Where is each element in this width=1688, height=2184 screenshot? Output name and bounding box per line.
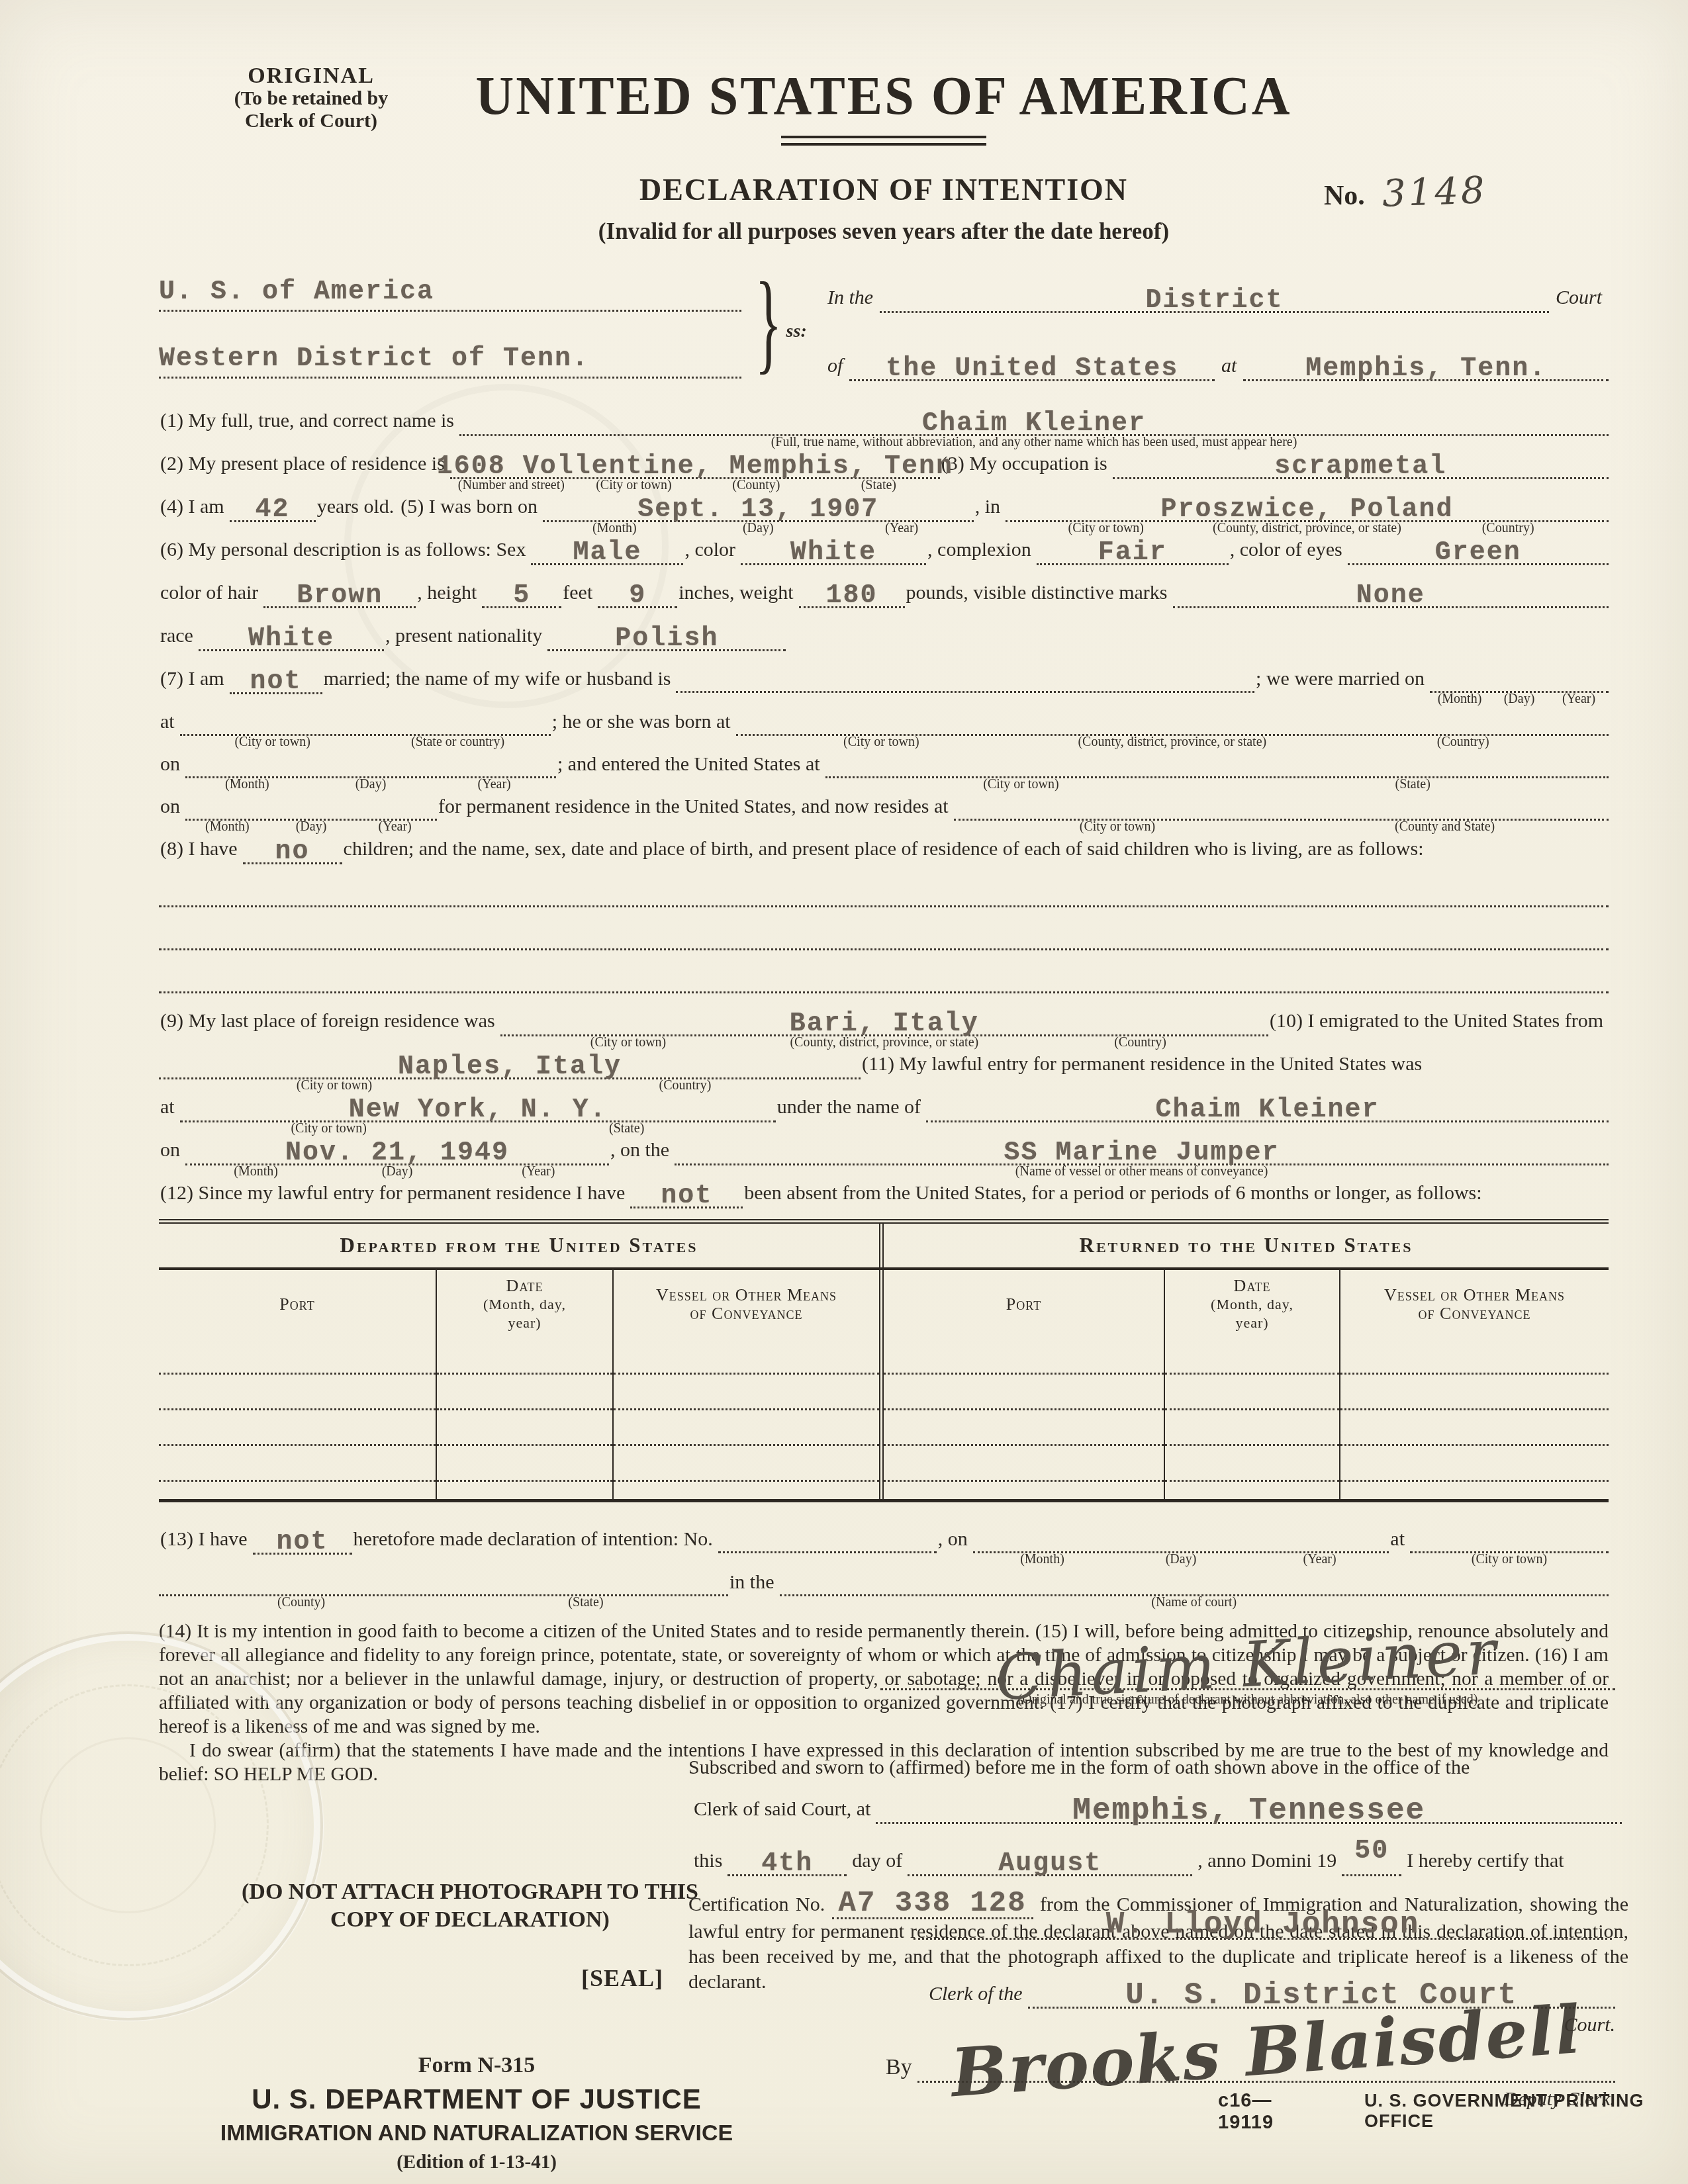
occupation-value: scrapmetal — [1274, 454, 1446, 480]
occupation-blank: scrapmetal — [1113, 447, 1609, 479]
court-word-label: Court — [1549, 287, 1609, 309]
form-line-children: (8) I have no children; and the name, se… — [159, 832, 1609, 864]
spouse-name-blank — [676, 662, 1254, 693]
q7-label: (7) I am — [159, 664, 230, 694]
sex-blank: Male — [531, 533, 683, 565]
sworn-statement-line: Subscribed and sworn to (affirmed) befor… — [688, 1755, 1622, 1780]
married-sub-year: (Year) — [1549, 692, 1609, 706]
married-sub-month: (Month) — [1430, 692, 1489, 706]
nationality-label: , present nationality — [384, 621, 547, 651]
prior-at-label: at — [1389, 1525, 1410, 1554]
spouse-born-label: ; he or she was born at — [551, 707, 736, 737]
sex-value: Male — [573, 540, 641, 567]
form-line-entry-date-vessel: on Nov. 21, 1949 (Month) (Day) (Year) , … — [159, 1133, 1609, 1165]
ss-label: ss: — [786, 321, 807, 342]
document-number: No. 3148 — [1324, 171, 1487, 214]
venue-district-value: Western District of Tenn. — [159, 344, 589, 374]
race-blank: White — [199, 619, 384, 651]
eyes-blank: Green — [1348, 533, 1609, 565]
form-line-description-2: color of hair Brown , height 5 feet 9 in… — [159, 576, 1609, 608]
spouse-birthplace-blank: (City or town) (County, district, provin… — [736, 705, 1609, 736]
court-at-blank: Memphis, Tenn. — [1243, 347, 1609, 381]
day-of-label: day of — [847, 1850, 908, 1872]
entry-port-blank: New York, N. Y. (City or town) (State) — [180, 1090, 776, 1122]
day-value: 4th — [761, 1851, 813, 1878]
month-blank: August — [908, 1843, 1192, 1876]
venue-section: U. S. of America Western District of Ten… — [159, 262, 1609, 381]
children-writein-line — [159, 918, 1609, 950]
entry-on-label: on — [159, 1136, 185, 1165]
married-date-blank: (Month) (Day) (Year) — [1430, 662, 1609, 693]
court-name-line: In the District Court — [821, 279, 1609, 313]
children-blank: no — [243, 832, 342, 864]
clerk-of-the-label: Clerk of the — [923, 1983, 1028, 2005]
court-at-value: Memphis, Tenn. — [1305, 356, 1546, 383]
of-label: of — [821, 355, 849, 377]
prior-declaration-value: not — [277, 1529, 328, 1556]
color-blank: White — [741, 533, 926, 565]
printing-office-footer: c16—19119 U. S. GOVERNMENT PRINTING OFFI… — [1218, 2090, 1688, 2134]
number-value-handwritten: 3148 — [1382, 169, 1488, 215]
form-line-entry-port: at New York, N. Y. (City or town) (State… — [159, 1090, 1609, 1122]
form-line-prior-declaration-1: (13) I have not heretofore made declarat… — [159, 1522, 1609, 1555]
service-name: IMMIGRATION AND NATURALIZATION SERVICE — [159, 2120, 794, 2146]
prior-number-blank — [718, 1522, 937, 1553]
entry-name-value: Chaim Kleiner — [1156, 1097, 1380, 1124]
complexion-label: , complexion — [926, 535, 1037, 565]
q4-label: (4) I am — [159, 492, 230, 522]
form-line-absence: (12) Since my lawful entry for permanent… — [159, 1176, 1609, 1208]
spouse-entry-place-blank: (City or town) (State) — [825, 747, 1609, 778]
eyes-label: , color of eyes — [1229, 535, 1348, 565]
venue-jurisdiction-line: U. S. of America — [159, 279, 741, 312]
prior-declaration-blank: not — [253, 1522, 352, 1555]
clerk-at-line: Clerk of said Court, at Memphis, Tenness… — [688, 1791, 1622, 1824]
departed-date-header: Date(Month, day,year) — [437, 1270, 614, 1339]
name-value: Chaim Kleiner — [922, 411, 1146, 437]
spouse-born-on-label: on — [159, 750, 185, 779]
form-line-name: (1) My full, true, and correct name is C… — [159, 404, 1609, 436]
absence-table-empty-row — [159, 1339, 1609, 1375]
entry-name-blank: Chaim Kleiner — [926, 1090, 1609, 1122]
form-line-marriage-4: on (Month) (Day) (Year) for permanent re… — [159, 790, 1609, 821]
under-name-label: under the name of — [776, 1093, 926, 1122]
spouse-entry-on-label: on — [159, 792, 185, 821]
q3-label: (3) My occupation is — [940, 449, 1113, 478]
absence-table-empty-row — [159, 1375, 1609, 1410]
complexion-value: Fair — [1098, 540, 1167, 567]
anno-domini-label: , anno Domini 19 — [1192, 1850, 1342, 1872]
photograph-notice-line-1: (DO NOT ATTACH PHOTOGRAPH TO THIS — [172, 1878, 768, 1906]
q9-label: (9) My last place of foreign residence w… — [159, 1007, 500, 1036]
birthdate-blank: Sept. 13, 1907 (Month) (Day) (Year) — [543, 490, 974, 522]
form-line-age-birth: (4) I am 42 years old. (5) I was born on… — [159, 490, 1609, 522]
prior-sub-state: (State) — [444, 1595, 728, 1610]
height-feet-blank: 5 — [482, 576, 561, 608]
title-double-rule — [781, 136, 986, 146]
married-blank: not — [230, 662, 322, 694]
form-line-description-1: (6) My personal description is as follow… — [159, 533, 1609, 565]
weight-value: 180 — [826, 583, 878, 610]
deputy-signature-blank: Brooks Blaisdell — [917, 2012, 1615, 2083]
prior-court-sublabel: (Name of court) — [780, 1595, 1609, 1610]
subtitle-row: DECLARATION OF INTENTION No. 3148 — [159, 172, 1609, 214]
absence-table-empty-row — [159, 1446, 1609, 1482]
q12-label: (12) Since my lawful entry for permanent… — [159, 1179, 630, 1208]
photograph-notice-line-2: COPY OF DECLARATION) — [172, 1906, 768, 1934]
height-label: , height — [416, 578, 482, 608]
photograph-notice: (DO NOT ATTACH PHOTOGRAPH TO THIS COPY O… — [172, 1878, 768, 1934]
number-label: No. — [1324, 180, 1365, 212]
at-label: at — [1215, 355, 1243, 377]
returned-date-header: Date(Month, day,year) — [1165, 1270, 1340, 1339]
edition-note: (Edition of 1-13-41) — [159, 2152, 794, 2173]
print-code: c16—19119 — [1218, 2090, 1318, 2134]
absence-table-group-headers: Departed from the United States Returned… — [159, 1224, 1609, 1270]
q12-suffix: been absent from the United States, for … — [743, 1179, 1487, 1208]
on-the-label: , on the — [609, 1136, 675, 1165]
department-name: U. S. DEPARTMENT OF JUSTICE — [159, 2083, 794, 2115]
departed-vessel-header: Vessel or Other Meansof Conveyance — [614, 1270, 884, 1339]
prior-date-sub-day: (Day) — [1111, 1552, 1250, 1567]
form-line-residence: (2) My present place of residence is 160… — [159, 447, 1609, 479]
emigrated-from-value: Naples, Italy — [398, 1054, 622, 1081]
absence-table-spacer-row — [159, 1482, 1609, 1499]
foreign-residence-blank: Bari, Italy (City or town) (County, dist… — [500, 1004, 1268, 1036]
children-writein-line — [159, 875, 1609, 907]
spouse-res-sub-county-state: (County and State) — [1281, 819, 1609, 834]
prior-in-the-label: in the — [728, 1568, 780, 1597]
prior-date-blank: (Month) (Day) (Year) — [973, 1522, 1389, 1553]
entry-date-blank: Nov. 21, 1949 (Month) (Day) (Year) — [185, 1133, 609, 1165]
married-at-label: at — [159, 707, 180, 737]
ss-brace: } ss: — [741, 262, 821, 381]
page-title: UNITED STATES OF AMERICA — [159, 52, 1609, 128]
birthplace-value: Proszwice, Poland — [1160, 497, 1453, 523]
certify-label: I hereby certify that — [1401, 1850, 1569, 1872]
q2-label: (2) My present place of residence is — [159, 449, 450, 478]
weight-blank: 180 — [799, 576, 905, 608]
prior-city-sublabel: (City or town) — [1410, 1552, 1609, 1567]
marks-blank: None — [1173, 576, 1609, 608]
returned-port-header: Port — [884, 1270, 1165, 1339]
court-place-line: of the United States at Memphis, Tenn. — [821, 347, 1609, 381]
document-header: ORIGINAL (To be retained by Clerk of Cou… — [159, 53, 1609, 172]
month-value: August — [998, 1851, 1102, 1878]
court-of-value: the United States — [886, 356, 1178, 383]
married-sub-day: (Day) — [1489, 692, 1549, 706]
day-blank: 4th — [727, 1843, 847, 1876]
birthdate-value: Sept. 13, 1907 — [637, 497, 878, 523]
vessel-sublabel: (Name of vessel or other means of convey… — [675, 1164, 1609, 1179]
year-value: 50 — [1354, 1839, 1389, 1865]
foreign-res-sub-country: (Country) — [1012, 1035, 1268, 1050]
form-line-foreign-residence: (9) My last place of foreign residence w… — [159, 1004, 1609, 1036]
by-label: By — [880, 2055, 917, 2080]
children-writein-line — [159, 961, 1609, 993]
feet-label: feet — [561, 578, 598, 608]
q13-suffix: heretofore made declaration of intention… — [352, 1525, 718, 1554]
form-line-marriage-2: at (City or town) (State or country) ; h… — [159, 705, 1609, 737]
children-value: no — [275, 839, 310, 866]
color-value: White — [790, 540, 876, 567]
q4-suffix: years old. — [316, 492, 400, 522]
entry-date-sub-month: (Month) — [185, 1164, 326, 1179]
married-on-label: ; we were married on — [1254, 664, 1430, 694]
form-line-emigrated-from: Naples, Italy (City or town) (Country) (… — [159, 1047, 1609, 1079]
clerk-at-label: Clerk of said Court, at — [688, 1798, 876, 1821]
spouse-residence-blank: (City or town) (County and State) — [954, 790, 1609, 821]
prior-city-blank: (City or town) — [1410, 1522, 1609, 1553]
vessel-blank: SS Marine Jumper (Name of vessel or othe… — [675, 1133, 1609, 1165]
departed-group-header: Departed from the United States — [159, 1224, 884, 1267]
returned-vessel-header: Vessel or Other Meansof Conveyance — [1340, 1270, 1609, 1339]
absence-table: Departed from the United States Returned… — [159, 1219, 1609, 1502]
q1-label: (1) My full, true, and correct name is — [159, 406, 459, 435]
spouse-resides-label: for permanent residence in the United St… — [437, 792, 954, 821]
gpo-label: U. S. GOVERNMENT PRINTING OFFICE — [1364, 2091, 1688, 2132]
q13-label: (13) I have — [159, 1525, 253, 1554]
hair-label: color of hair — [159, 578, 263, 608]
nationality-blank: Polish — [547, 619, 786, 651]
in-the-label: In the — [821, 287, 880, 309]
form-footer: Form N-315 U. S. DEPARTMENT OF JUSTICE I… — [159, 2053, 794, 2173]
hair-blank: Brown — [263, 576, 416, 608]
court-of-blank: the United States — [849, 347, 1215, 381]
returned-group-header: Returned to the United States — [884, 1224, 1609, 1267]
q5-label: (5) I was born on — [399, 492, 543, 522]
court-type-blank: District — [880, 279, 1549, 313]
marks-value: None — [1356, 583, 1425, 610]
departed-port-header: Port — [159, 1270, 437, 1339]
prior-court-blank: (Name of court) — [780, 1565, 1609, 1596]
complexion-blank: Fair — [1037, 533, 1229, 565]
spouse-birthdate-sub-year: (Year) — [432, 777, 556, 792]
married-place-blank: (City or town) (State or country) — [180, 705, 551, 736]
entry-at-label: at — [159, 1093, 180, 1122]
form-number: Form N-315 — [159, 2053, 794, 2078]
this-label: this — [688, 1850, 727, 1872]
absence-table-empty-row — [159, 1410, 1609, 1446]
race-label: race — [159, 621, 199, 651]
prior-sub-county: (County) — [159, 1595, 444, 1610]
year-blank: 50 — [1342, 1843, 1401, 1876]
validity-note: (Invalid for all purposes seven years af… — [159, 218, 1609, 245]
spouse-entered-label: ; and entered the United States at — [556, 750, 825, 779]
venue-district-line: Western District of Tenn. — [159, 346, 741, 379]
emigrated-from-blank: Naples, Italy (City or town) (Country) — [159, 1047, 861, 1079]
nationality-value: Polish — [615, 626, 718, 653]
q6-label: (6) My personal description is as follow… — [159, 535, 531, 565]
clerk-name-value: W. Lloyd Johnson — [1106, 1907, 1420, 1942]
height-feet-value: 5 — [513, 583, 530, 610]
age-blank: 42 — [230, 490, 316, 522]
spouse-birthdate-blank: (Month) (Day) (Year) — [185, 747, 556, 778]
q8-suffix: children; and the name, sex, date and pl… — [342, 835, 1429, 864]
color-label: , color — [683, 535, 741, 565]
prior-date-sub-year: (Year) — [1250, 1552, 1389, 1567]
declarant-signature-block: Chaim Kleiner (Original and true signatu… — [880, 1629, 1615, 1707]
prior-county-state-blank: (County) (State) — [159, 1565, 728, 1596]
absence-value: not — [661, 1183, 712, 1210]
clerk-at-value: Memphis, Tennessee — [1072, 1797, 1425, 1824]
race-value: White — [248, 626, 334, 653]
q8-label: (8) I have — [159, 835, 243, 864]
name-blank: Chaim Kleiner (Full, true name, without … — [459, 404, 1609, 436]
clerk-at-blank: Memphis, Tennessee — [876, 1791, 1622, 1824]
spouse-entry-sub-year: (Year) — [353, 819, 437, 834]
q5-in-label: , in — [974, 492, 1006, 522]
brace-glyph: } — [755, 272, 782, 371]
spouse-entry-date-blank: (Month) (Day) (Year) — [185, 790, 437, 821]
married-value: not — [250, 669, 302, 696]
marks-label: pounds, visible distinctive marks — [905, 578, 1173, 608]
inches-weight-label: inches, weight — [677, 578, 798, 608]
age-value: 42 — [256, 497, 290, 523]
residence-blank: 1608 Vollentine, Memphis, Tenn (Number a… — [450, 447, 940, 479]
court-type-value: District — [1146, 288, 1284, 314]
vessel-value: SS Marine Jumper — [1004, 1140, 1280, 1167]
venue-right-column: In the District Court of the United Stat… — [821, 262, 1609, 381]
height-inches-blank: 9 — [598, 576, 677, 608]
form-line-description-3: race White , present nationality Polish — [159, 619, 1609, 651]
height-inches-value: 9 — [629, 583, 646, 610]
q10-label: (10) I emigrated to the United States fr… — [1268, 1007, 1609, 1036]
absence-blank: not — [630, 1176, 743, 1208]
hair-value: Brown — [297, 583, 383, 610]
entry-date-sub-day: (Day) — [326, 1164, 467, 1179]
date-line: this 4th day of August , anno Domini 19 … — [688, 1843, 1622, 1876]
prior-date-sub-month: (Month) — [973, 1552, 1112, 1567]
seal-placeholder-label: [SEAL] — [581, 1964, 663, 1992]
spouse-name-label: married; the name of my wife or husband … — [322, 664, 677, 694]
clerk-name-block: W. Lloyd Johnson — [914, 1911, 1612, 1940]
absence-table-column-headers: Port Date(Month, day,year) Vessel or Oth… — [159, 1270, 1609, 1339]
entry-port-value: New York, N. Y. — [349, 1097, 607, 1124]
eyes-value: Green — [1435, 540, 1521, 567]
venue-left-column: U. S. of America Western District of Ten… — [159, 262, 741, 381]
form-line-marriage-1: (7) I am not married; the name of my wif… — [159, 662, 1609, 694]
birthplace-blank: Proszwice, Poland (City or town) (County… — [1006, 490, 1609, 522]
entry-date-sub-year: (Year) — [468, 1164, 609, 1179]
declaration-of-intention-document: ORIGINAL (To be retained by Clerk of Cou… — [0, 0, 1688, 2184]
prior-on-label: , on — [937, 1525, 973, 1554]
residence-value: 1608 Vollentine, Memphis, Tenn — [437, 454, 953, 480]
form-line-marriage-3: on (Month) (Day) (Year) ; and entered th… — [159, 747, 1609, 779]
spouse-res-sub-city: (City or town) — [954, 819, 1282, 834]
form-line-prior-declaration-2: (County) (State) in the (Name of court) — [159, 1565, 1609, 1597]
entry-date-value: Nov. 21, 1949 — [285, 1140, 509, 1167]
q11-label: (11) My lawful entry for permanent resid… — [861, 1050, 1427, 1079]
foreign-residence-value: Bari, Italy — [790, 1011, 979, 1038]
venue-jurisdiction-value: U. S. of America — [159, 277, 434, 307]
